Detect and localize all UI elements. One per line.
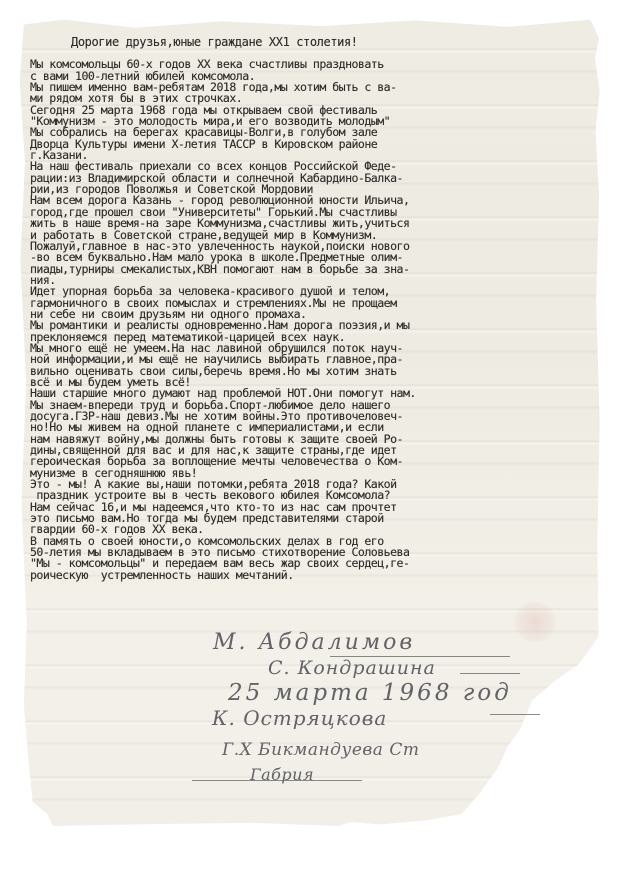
signature-underline — [192, 780, 362, 781]
signature-5: Габрия — [250, 765, 314, 784]
signature-2: С. Кондрашина — [268, 657, 436, 679]
signature-underline — [490, 714, 540, 715]
letter-text-lines: Мы комсомольцы 60-х годов XX века счастл… — [30, 59, 610, 581]
signature-date: 25 марта 1968 год — [228, 680, 512, 706]
typed-letter-body: Дорогие друзья,юные граждане XX1 столети… — [30, 37, 610, 581]
letter-line: пиады,турниры смекалистых,КВН помогают н… — [30, 264, 610, 275]
letter-line: роическую устремленность наших мечтаний. — [30, 570, 610, 581]
letter-heading: Дорогие друзья,юные граждане XX1 столети… — [71, 37, 610, 48]
signature-4: Г.Х Бикмандуева Ст — [222, 740, 419, 760]
letter-line: Дворца Культуры имени X-летия ТАССР в Ки… — [30, 139, 610, 150]
signature-underline — [460, 673, 520, 674]
signature-1: М. Абдалимов — [213, 630, 415, 655]
faded-stamp — [512, 602, 558, 642]
signature-3: К. Остряцкова — [212, 706, 387, 730]
